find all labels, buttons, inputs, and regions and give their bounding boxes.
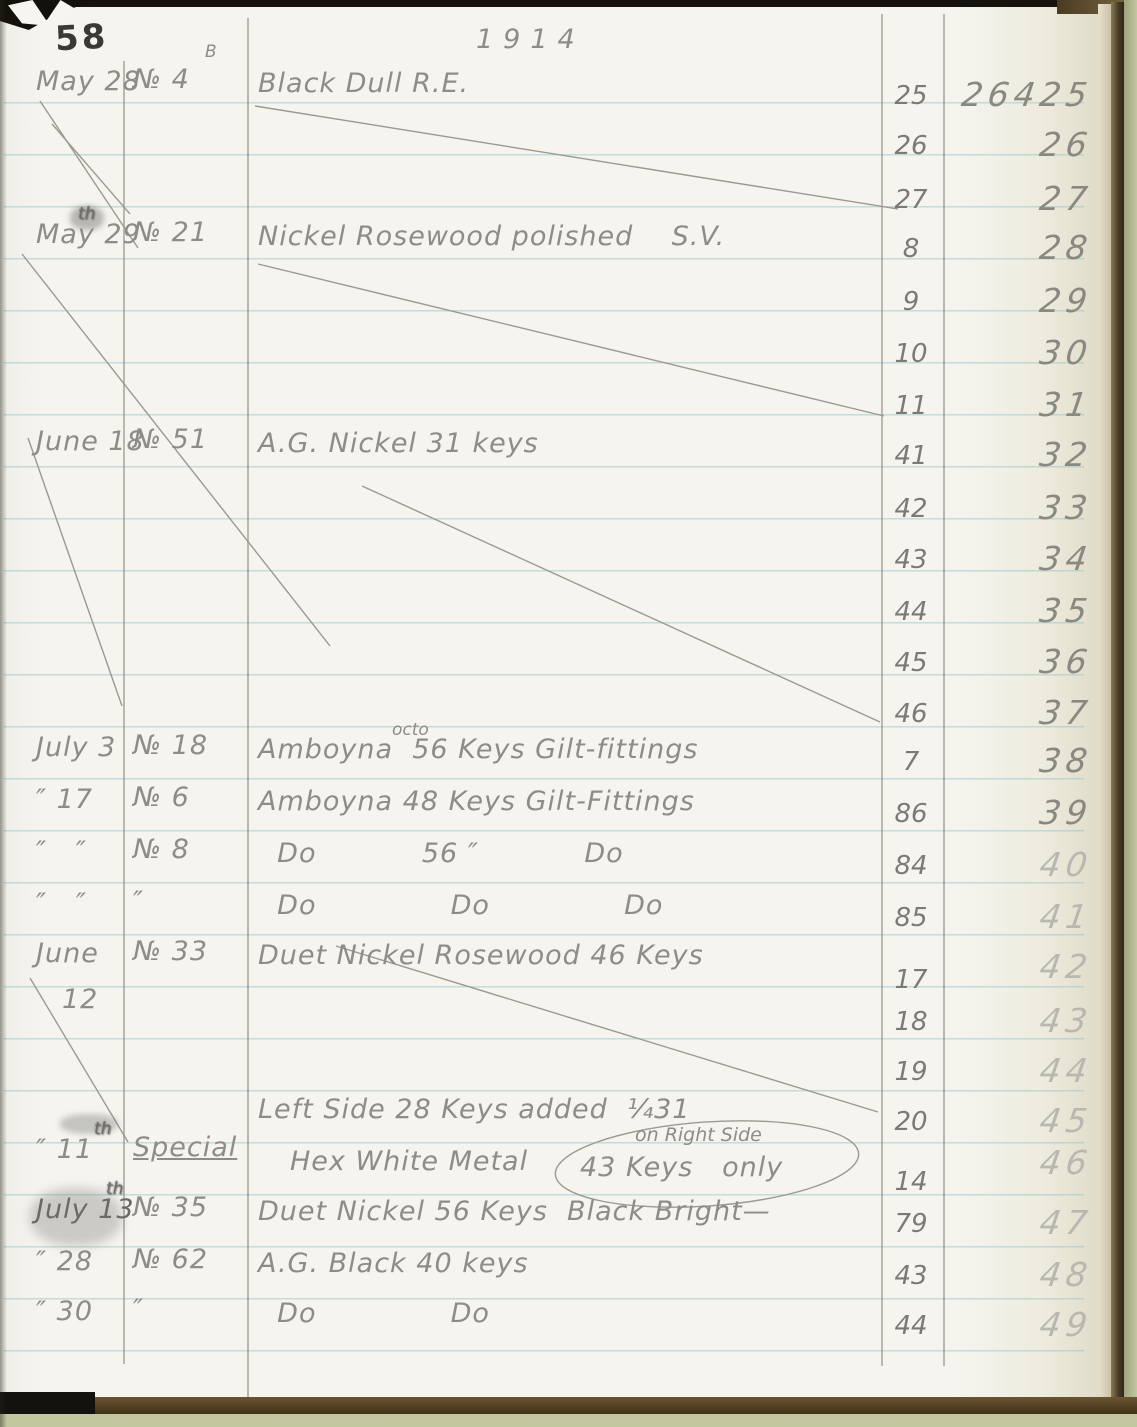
entry-date: ″ 30 [36, 1298, 93, 1325]
entry-date: July 3 [36, 734, 116, 761]
entry-date: May 28 [36, 68, 141, 95]
entry-date: ″ 17 [36, 786, 93, 813]
serial-value: 44 [948, 1054, 1095, 1087]
quantity-value: 27 [884, 187, 938, 213]
quantity-value: 44 [884, 599, 938, 625]
quantity-value: 41 [884, 443, 938, 469]
quantity-value: 10 [884, 341, 938, 367]
serial-value: 38 [948, 744, 1095, 777]
serial-value: 34 [948, 542, 1095, 575]
quantity-value: 43 [884, 1263, 938, 1289]
serial-value: 43 [948, 1004, 1095, 1037]
binding-edge [1111, 2, 1125, 1427]
entry-number: № 33 [133, 938, 208, 965]
quantity-value: 46 [884, 701, 938, 727]
entry-number: № 4 [133, 66, 190, 93]
entry-description: Do Do [258, 1300, 490, 1327]
entry-number: № 18 [133, 732, 208, 759]
serial-value: 26425 [948, 78, 1095, 111]
special-note-line1: Left Side 28 Keys added ¼31 [258, 1096, 691, 1123]
quantity-value: 85 [884, 905, 938, 931]
serial-value: 42 [948, 950, 1095, 983]
margin-rule-no [247, 18, 249, 1402]
serial-value: 37 [948, 696, 1095, 729]
serial-value: 32 [948, 438, 1095, 471]
serial-value: 26 [948, 128, 1095, 161]
entry-number: № 6 [133, 784, 190, 811]
entry-number: ″ [133, 1296, 144, 1323]
quantity-value: 14 [884, 1169, 938, 1195]
serial-value: 29 [948, 284, 1095, 317]
entry-number: № 21 [133, 219, 208, 246]
entry-description: Do Do Do [258, 892, 663, 919]
quantity-value: 86 [884, 801, 938, 827]
year-heading: 1914 [476, 24, 585, 55]
entry-date: July 13 [36, 1196, 135, 1223]
entry-number: № 62 [133, 1246, 208, 1273]
quantity-value: 20 [884, 1109, 938, 1135]
quantity-value: 44 [884, 1313, 938, 1339]
entry-number: № 51 [133, 426, 208, 453]
entry-date: May 29 [36, 221, 141, 248]
serial-value: 40 [948, 848, 1095, 881]
serial-value: 33 [948, 491, 1095, 524]
quantity-value: 11 [884, 393, 938, 419]
entry-description: A.G. Nickel 31 keys [258, 430, 539, 457]
entry-date-day: 12 [62, 986, 98, 1013]
entry-description: Duet Nickel Rosewood 46 Keys [258, 942, 704, 969]
entry-number: Special [133, 1134, 237, 1161]
notebook-photo: 58 1914 Left Side 28 Keys added ¼31 Hex … [0, 0, 1137, 1427]
page-stack-edge [1098, 4, 1112, 1427]
entry-description: Black Dull R.E. [258, 70, 469, 97]
metal-note: Hex White Metal [290, 1148, 528, 1175]
background-bottom [0, 1414, 1137, 1427]
right-side-note: on Right Side [635, 1126, 762, 1145]
serial-value: 46 [948, 1146, 1095, 1179]
entry-date: ″ ″ [36, 838, 87, 865]
margin-rule-left [123, 61, 125, 1364]
quantity-value: 8 [884, 236, 938, 262]
ledger-page: 58 1914 Left Side 28 Keys added ¼31 Hex … [0, 6, 1112, 1405]
quantity-value: 79 [884, 1211, 938, 1237]
entry-date: ″ ″ [36, 890, 87, 917]
serial-value: 27 [948, 182, 1095, 215]
entry-date-ordinal: th [78, 206, 95, 223]
keys-note: 43 Keys only [580, 1154, 783, 1181]
bottom-edge [60, 1397, 1137, 1415]
entry-date: June [36, 940, 99, 967]
quantity-value: 26 [884, 133, 938, 159]
top-edge [0, 0, 1137, 7]
entry-description-insert: octo [392, 722, 429, 739]
serial-value: 35 [948, 594, 1095, 627]
left-edge-shadow [0, 0, 7, 1427]
serial-value: 47 [948, 1206, 1095, 1239]
column-rule-quantity [881, 14, 883, 1366]
entry-number: № 35 [133, 1194, 208, 1221]
entry-date-ordinal: th [106, 1181, 123, 1198]
quantity-value: 9 [884, 289, 938, 315]
entry-description: Amboyna 56 Keys Gilt-fittings [258, 736, 698, 763]
serial-value: 31 [948, 388, 1095, 421]
entry-date: ″ 11 [36, 1136, 93, 1163]
entry-date: ″ 28 [36, 1248, 93, 1275]
entry-number-suffix: B [205, 44, 217, 61]
column-rule-serial [943, 14, 945, 1366]
serial-value: 39 [948, 796, 1095, 829]
serial-value: 45 [948, 1104, 1095, 1137]
entry-description: Do 56 ″ Do [258, 840, 624, 867]
entry-number: ″ [133, 888, 144, 915]
quantity-value: 7 [884, 749, 938, 775]
quantity-value: 45 [884, 650, 938, 676]
serial-value: 36 [948, 645, 1095, 678]
serial-value: 28 [948, 231, 1095, 264]
serial-value: 30 [948, 336, 1095, 369]
quantity-value: 43 [884, 547, 938, 573]
background-right [1124, 0, 1137, 1427]
quantity-value: 19 [884, 1059, 938, 1085]
entry-description: Nickel Rosewood polished S.V. [258, 223, 725, 250]
serial-value: 49 [948, 1308, 1095, 1341]
quantity-value: 84 [884, 853, 938, 879]
quantity-value: 25 [884, 83, 938, 109]
entry-date: June 18 [36, 428, 145, 455]
entry-description: A.G. Black 40 keys [258, 1250, 529, 1277]
quantity-value: 18 [884, 1009, 938, 1035]
serial-value: 41 [948, 900, 1095, 933]
serial-value: 48 [948, 1258, 1095, 1291]
entry-date-ordinal: th [94, 1121, 111, 1138]
quantity-value: 17 [884, 967, 938, 993]
page-number: 58 [54, 17, 109, 60]
entry-description: Duet Nickel 56 Keys Black Bright— [258, 1198, 771, 1225]
entry-number: № 8 [133, 836, 190, 863]
quantity-value: 42 [884, 496, 938, 522]
entry-description: Amboyna 48 Keys Gilt-Fittings [258, 788, 695, 815]
